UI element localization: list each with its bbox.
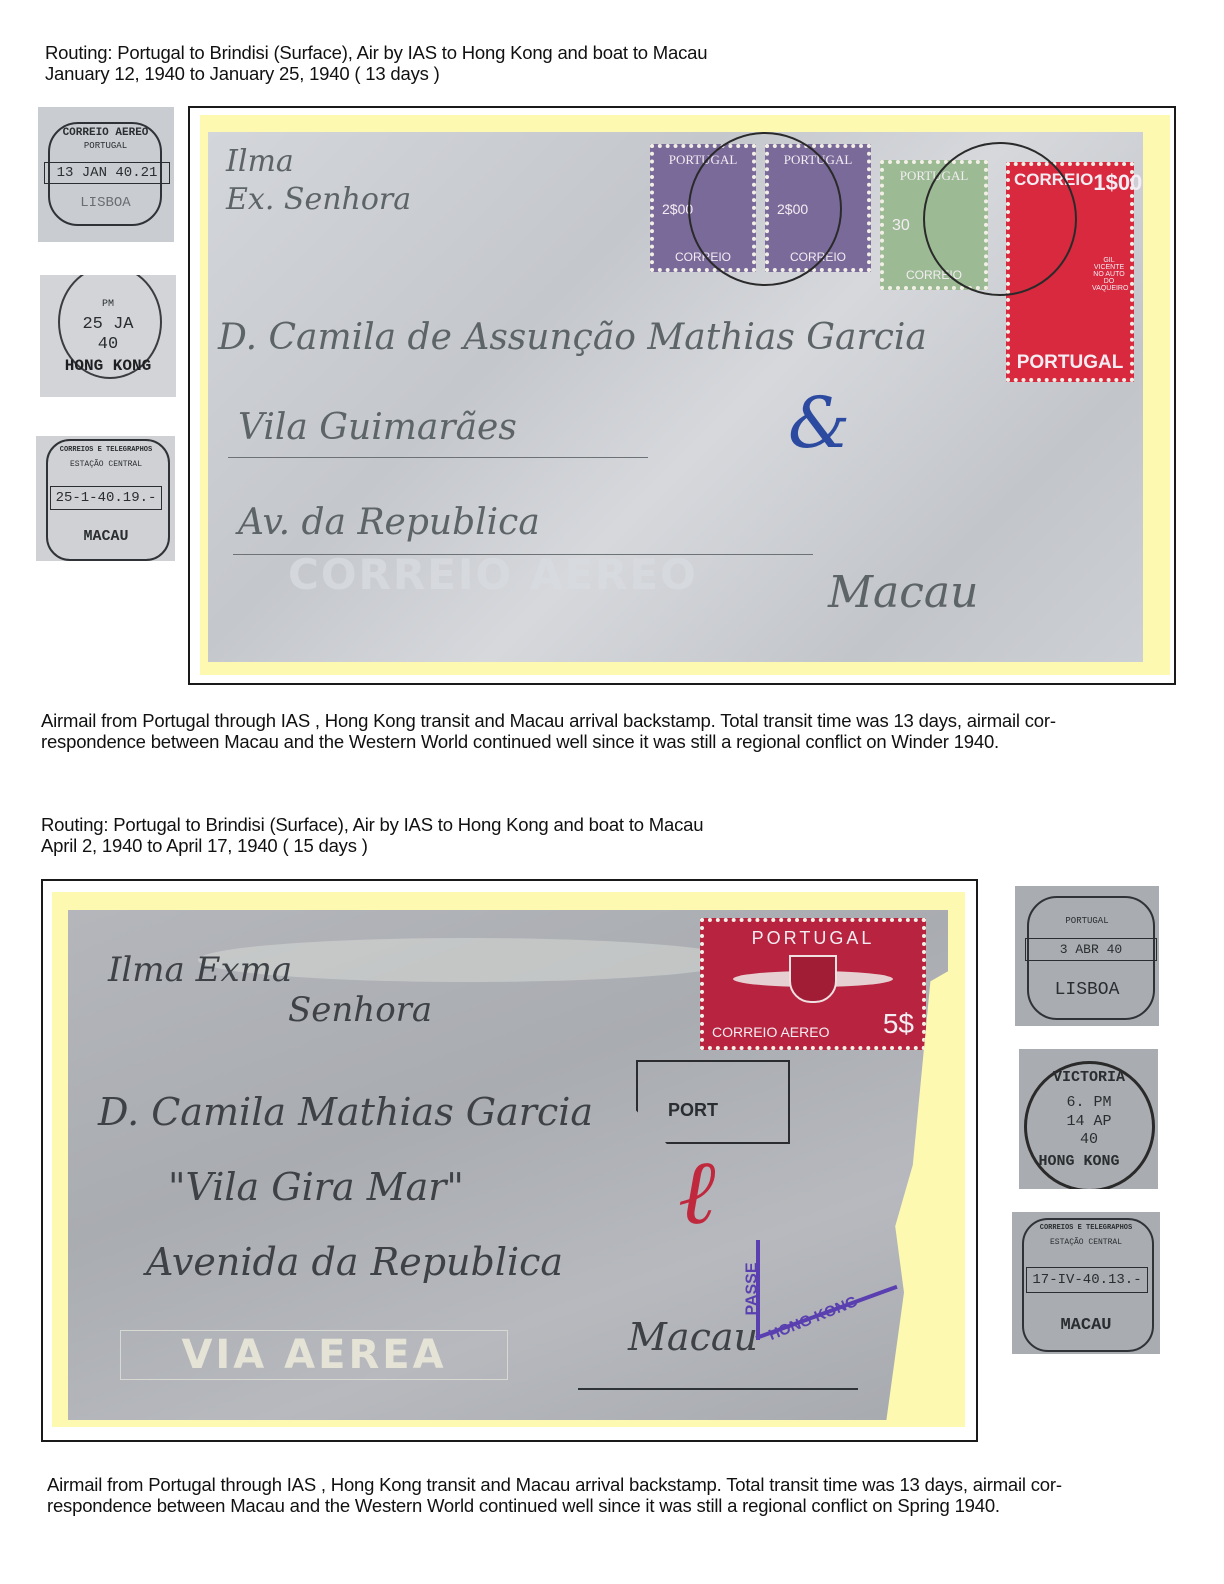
port-cancel: PORT [636,1060,790,1144]
censor-mark: PASSE HONG KONG [736,1240,886,1350]
cover2-postmark-lisbon: PORTUGAL 3 ABR 40 LISBOA [1015,886,1159,1026]
postmark-bottom-text: LISBOA [48,195,163,211]
cover1-envelope: CORREIO AEREO Ilma Ex. Senhora D. Camila… [208,132,1143,662]
postmark-bottom-text: HONG KONG [48,357,168,375]
underline [233,554,813,555]
postmark-middle-text: PORTUGAL [48,141,163,151]
cover2-dates: April 2, 1940 to April 17, 1940 ( 15 day… [41,835,368,856]
address-line: Macau [828,567,979,618]
postmark-date: 14 AP [1029,1113,1149,1130]
cover1-description-line1: Airmail from Portugal through IAS , Hong… [41,710,1056,731]
via-aerea-label: VIA AEREA [120,1330,508,1380]
postmark-middle-text: PORTUGAL [1025,916,1149,926]
cover1-postmark-macau: CORREIOS E TELEGRAPHOS ESTAÇÃO CENTRAL 2… [36,436,175,561]
postmark-year: 40 [1029,1131,1149,1148]
postmark-time: PM [58,299,158,310]
postmark-top-text: CORREIOS E TELEGRAPHOS [46,446,166,454]
postmark-date: 3 ABR 40 [1025,938,1157,961]
address-line: Ex. Senhora [226,182,411,217]
cover1-dates: January 12, 1940 to January 25, 1940 ( 1… [45,63,440,84]
cover1-postmark-hong-kong: PM 25 JA 40 HONG KONG [40,275,176,397]
address-line: D. Camila Mathias Garcia [98,1090,593,1134]
blue-pen-mark: & [788,382,850,464]
postmark-date: 25-1-40.19.- [50,486,162,510]
cover2-routing: Routing: Portugal to Brindisi (Surface),… [41,814,703,835]
postmark-date: 13 JAN 40.21 [44,162,170,184]
postmark-year: 40 [58,335,158,354]
cover2-description-line2: respondence between Macau and the Wester… [47,1495,1000,1516]
cover2-postmark-victoria: VICTORIA 6. PM 14 AP 40 HONG KONG [1019,1049,1158,1189]
cover2-stamp: PORTUGAL CORREIO AEREO 5$ [700,918,926,1050]
address-line: Avenida da Republica [146,1240,563,1284]
postmark-time: 6. PM [1029,1094,1149,1111]
address-line: "Vila Gira Mar" [168,1165,464,1209]
cancellation-circle [923,142,1077,296]
address-line: D. Camila de Assunção Mathias Garcia [218,317,927,358]
postmark-date: 25 JA [58,315,158,334]
postmark-top-text: CORREIOS E TELEGRAPHOS [1022,1224,1150,1232]
red-pen-mark: ℓ [678,1140,716,1245]
underline [228,457,648,458]
cover2-description-line1: Airmail from Portugal through IAS , Hong… [47,1474,1062,1495]
underline [578,1388,858,1390]
address-line: Senhora [288,990,432,1030]
address-line: Ilma [226,144,294,179]
address-line: Vila Guimarães [238,407,517,448]
address-line: Ilma Exma [108,950,292,990]
postmark-top-text: CORREIO AEREO [48,127,163,139]
shield-propeller-icon [712,955,914,1003]
cover1-description-line2: respondence between Macau and the Wester… [41,731,999,752]
cover2-envelope: Ilma Exma Senhora D. Camila Mathias Garc… [68,910,948,1420]
cover1-postmark-lisbon: CORREIO AEREO PORTUGAL 13 JAN 40.21 LISB… [38,107,174,242]
cover2-postmark-macau: CORREIOS E TELEGRAPHOS ESTAÇÃO CENTRAL 1… [1012,1212,1160,1354]
address-line: Av. da Republica [238,502,540,543]
postmark-middle-text: ESTAÇÃO CENTRAL [46,460,166,469]
cover1-routing: Routing: Portugal to Brindisi (Surface),… [45,42,707,63]
postmark-bottom-text: MACAU [1022,1316,1150,1335]
cancellation-circle [688,132,842,286]
postmark-middle-text: ESTAÇÃO CENTRAL [1022,1238,1150,1247]
postmark-bottom-text: HONG KONG [1019,1153,1139,1170]
postmark-top-text: VICTORIA [1029,1069,1149,1086]
postmark-date: 17-IV-40.13.- [1026,1267,1148,1293]
postmark-bottom-text: LISBOA [1025,980,1149,1000]
envelope-watermark: CORREIO AEREO [288,550,698,599]
postmark-bottom-text: MACAU [46,528,166,545]
